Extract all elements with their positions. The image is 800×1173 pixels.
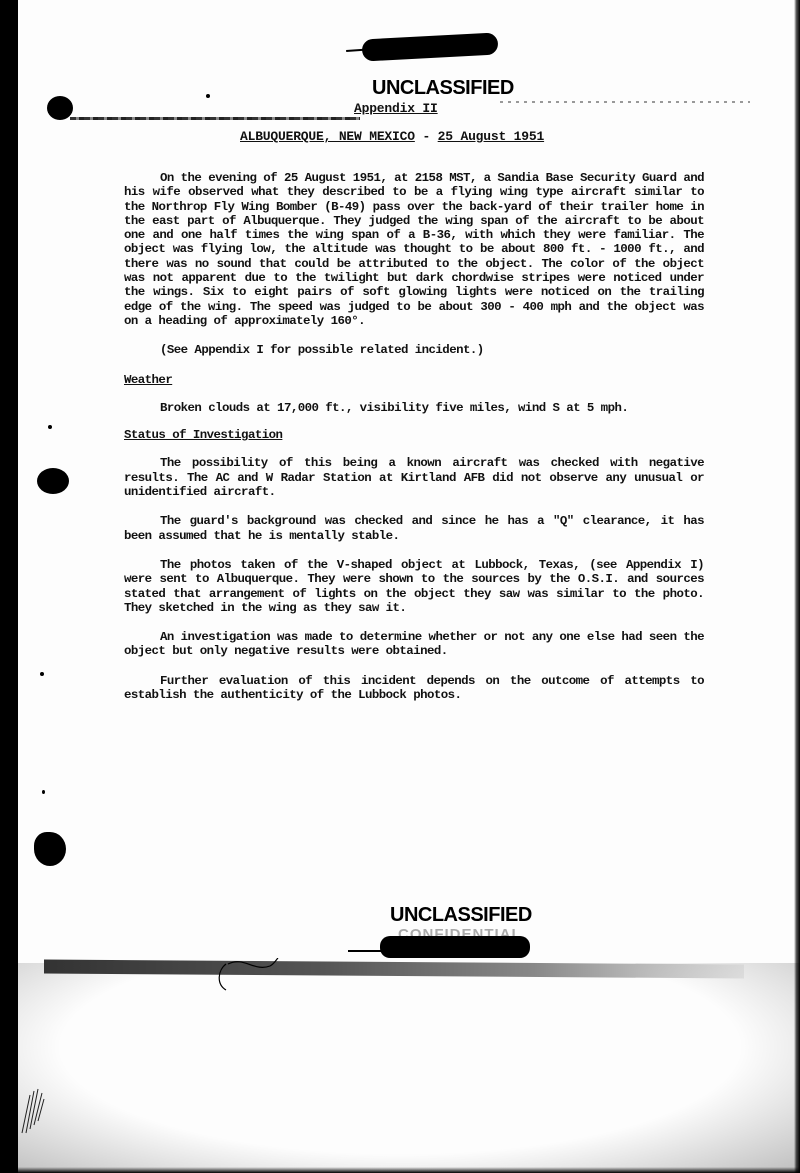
speck bbox=[48, 425, 52, 429]
status-paragraph: The possibility of this being a known ai… bbox=[124, 456, 704, 499]
scan-artifact-rule bbox=[70, 117, 360, 120]
weather-heading: Weather bbox=[124, 373, 704, 387]
punch-hole-bottom bbox=[34, 832, 66, 866]
status-paragraph: The photos taken of the V-shaped object … bbox=[124, 558, 704, 615]
scan-artifact-hatch bbox=[20, 1055, 50, 1135]
incident-paragraph: On the evening of 25 August 1951, at 215… bbox=[124, 171, 704, 328]
scan-bottom-shading bbox=[0, 963, 800, 1173]
appendix-label: Appendix II bbox=[354, 101, 438, 116]
status-paragraph: An investigation was made to determine w… bbox=[124, 630, 704, 659]
see-appendix-note: (See Appendix I for possible related inc… bbox=[124, 343, 704, 357]
location-heading: ALBUQUERQUE, NEW MEXICO bbox=[240, 129, 415, 144]
speck bbox=[40, 672, 44, 676]
classification-stamp-bottom: UNCLASSIFIED bbox=[390, 904, 532, 927]
redaction-block-bottom bbox=[380, 936, 530, 958]
speck bbox=[42, 790, 45, 794]
status-heading: Status of Investigation bbox=[124, 428, 704, 442]
location-date-heading: ALBUQUERQUE, NEW MEXICO - 25 August 1951 bbox=[240, 129, 544, 144]
speck bbox=[206, 94, 210, 98]
document-body: On the evening of 25 August 1951, at 215… bbox=[124, 171, 704, 717]
weather-text: Broken clouds at 17,000 ft., visibility … bbox=[124, 401, 704, 415]
handwritten-mark bbox=[214, 958, 294, 998]
classification-stamp-top: UNCLASSIFIED bbox=[372, 77, 514, 100]
scan-artifact-dots bbox=[500, 101, 750, 103]
heading-separator: - bbox=[422, 129, 430, 144]
status-paragraph: The guard's background was checked and s… bbox=[124, 514, 704, 543]
status-paragraph: Further evaluation of this incident depe… bbox=[124, 674, 704, 703]
scanned-document-page: UNCLASSIFIED Appendix II ALBUQUERQUE, NE… bbox=[0, 0, 800, 1173]
redaction-block-top bbox=[362, 32, 499, 61]
date-heading: 25 August 1951 bbox=[438, 129, 544, 144]
punch-hole-middle bbox=[37, 468, 69, 494]
scan-bottom-border bbox=[0, 1167, 800, 1173]
